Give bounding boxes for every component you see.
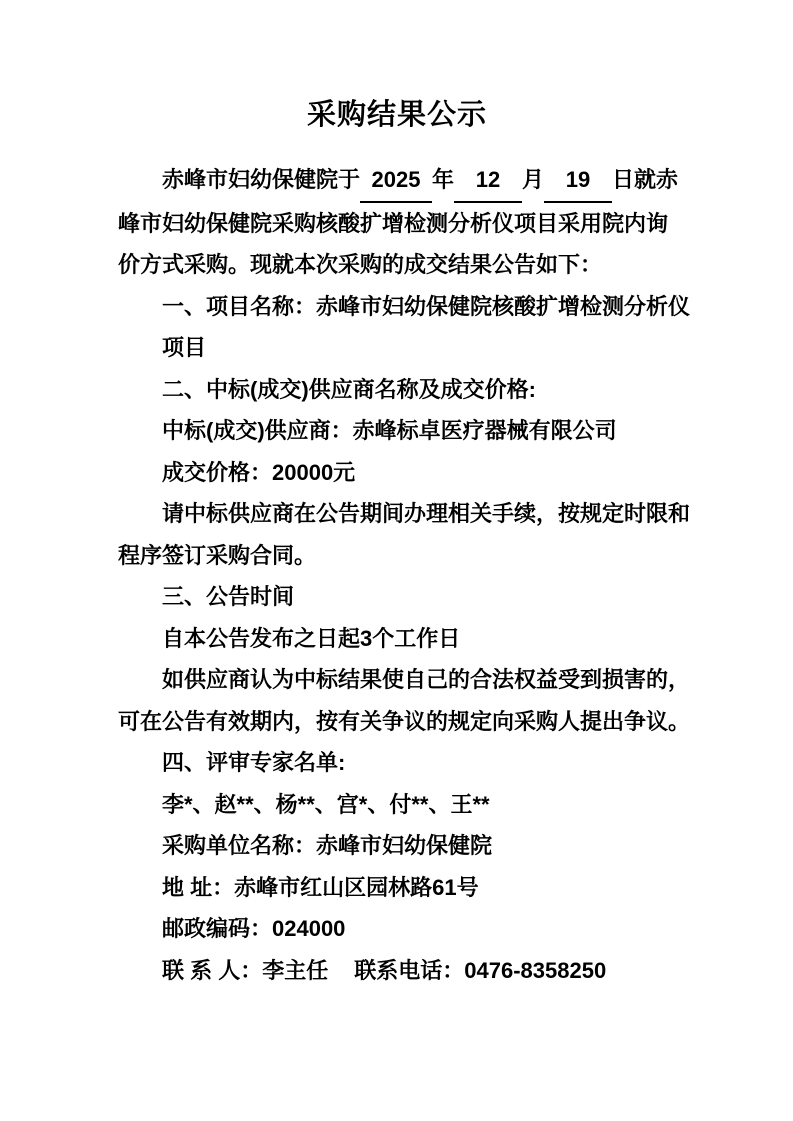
- address-line: 地 址：赤峰市红山区园林路61号: [118, 867, 676, 909]
- intro-line-3: 价方式采购。现就本次采购的成交结果公告如下：: [118, 244, 676, 286]
- intro-prefix: 赤峰市妇幼保健院于: [162, 167, 360, 192]
- purchaser-name-line: 采购单位名称：赤峰市妇幼保健院: [118, 825, 676, 867]
- deal-price-line: 成交价格：20000元: [118, 452, 676, 494]
- dispute-paragraph-line-1: 如供应商认为中标结果使自己的合法权益受到损害的，: [118, 659, 676, 701]
- intro-date-line: 赤峰市妇幼保健院于2025年12月19日就赤: [118, 159, 676, 203]
- notice-paragraph-line-1: 请中标供应商在公告期间办理相关手续，按规定时限和: [118, 493, 676, 535]
- section-3-heading: 三、公告时间: [118, 576, 676, 618]
- date-month-blank: 12: [454, 159, 522, 203]
- notice-paragraph-line-2: 程序签订采购合同。: [118, 535, 676, 577]
- contact-phone-label: 联系电话：: [354, 958, 464, 983]
- date-month-unit: 月: [522, 167, 544, 192]
- section-4-heading: 四、评审专家名单:: [118, 742, 676, 784]
- postal-code-line: 邮政编码：024000: [118, 908, 676, 950]
- announcement-period-line: 自本公告发布之日起3个工作日: [118, 618, 676, 660]
- intro-line-2: 峰市妇幼保健院采购核酸扩增检测分析仪项目采用院内询: [118, 203, 676, 245]
- contact-phone-number: 0476-8358250: [464, 958, 606, 983]
- contact-person-label: 联 系 人：: [162, 958, 262, 983]
- section-2-heading: 二、中标(成交)供应商名称及成交价格:: [118, 369, 676, 411]
- contact-person-name: 李主任: [262, 958, 328, 983]
- document-body: 赤峰市妇幼保健院于2025年12月19日就赤 峰市妇幼保健院采购核酸扩增检测分析…: [118, 159, 676, 991]
- section-1-heading: 一、项目名称：赤峰市妇幼保健院核酸扩增检测分析仪: [118, 286, 676, 328]
- date-year-unit: 年: [432, 167, 454, 192]
- document-page: 采购结果公示 赤峰市妇幼保健院于2025年12月19日就赤 峰市妇幼保健院采购核…: [0, 0, 793, 1121]
- section-1-continuation: 项目: [118, 327, 676, 369]
- date-day-blank: 19: [544, 159, 612, 203]
- winning-supplier-line: 中标(成交)供应商：赤峰标卓医疗器械有限公司: [118, 410, 676, 452]
- expert-list-line: 李*、赵**、杨**、宫*、付**、王**: [118, 784, 676, 826]
- date-year-blank: 2025: [360, 159, 432, 203]
- dispute-paragraph-line-2: 可在公告有效期内，按有关争议的规定向采购人提出争议。: [118, 701, 676, 743]
- contact-line: 联 系 人：李主任联系电话：0476-8358250: [118, 950, 676, 992]
- intro-suffix: 日就赤: [612, 167, 678, 192]
- page-title: 采购结果公示: [118, 88, 676, 143]
